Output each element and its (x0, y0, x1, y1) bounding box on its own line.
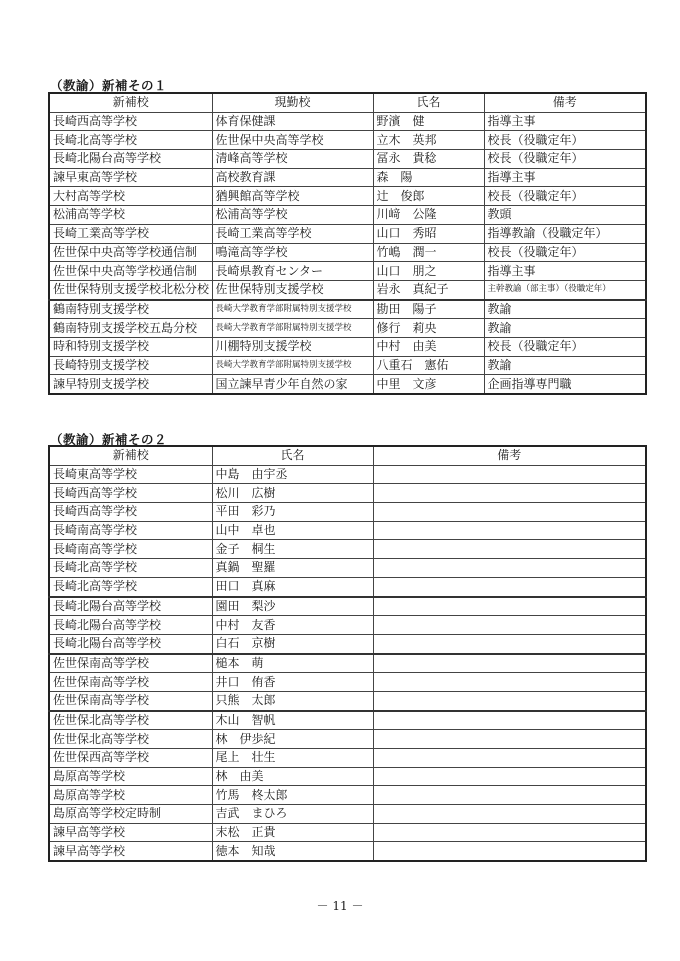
table-row: 長崎東高等学校中島 由宇丞 (49, 465, 646, 484)
table-cell: 中村 由美 (373, 337, 484, 356)
table-cell (373, 540, 646, 559)
table-cell: 長崎県教育センター (212, 262, 373, 281)
table-cell: 指導主事 (484, 262, 646, 281)
table-cell: 長崎北高等学校 (49, 577, 212, 596)
table-cell: 末松 正貴 (212, 823, 373, 842)
table-row: 時和特別支援学校川棚特別支援学校中村 由美校長（役職定年） (49, 337, 646, 356)
table-cell: 岩永 真紀子 (373, 280, 484, 299)
table-cell (373, 654, 646, 673)
table-cell: 山口 朋之 (373, 262, 484, 281)
table-cell: 長崎大学教育学部附属特別支援学校 (212, 356, 373, 375)
table-row: 長崎北陽台高等学校白石 京樹 (49, 634, 646, 653)
table-cell: 校長（役職定年） (484, 150, 646, 169)
table-cell: 長崎西高等学校 (49, 484, 212, 503)
table-row: 長崎南高等学校山中 卓也 (49, 521, 646, 540)
table-row: 大村高等学校猶興館高等学校辻 俊郎校長（役職定年） (49, 187, 646, 206)
table-row: 長崎西高等学校体育保健課野濱 健指導主事 (49, 112, 646, 131)
table-cell: 川棚特別支援学校 (212, 337, 373, 356)
table-cell: 鶴南特別支援学校五島分校 (49, 319, 212, 338)
table-cell: 長崎南高等学校 (49, 521, 212, 540)
table-cell (373, 503, 646, 522)
table-row: 長崎北陽台高等学校清峰高等学校冨永 貴稔校長（役職定年） (49, 150, 646, 169)
table-cell: 諫早高等学校 (49, 823, 212, 842)
table-cell (373, 634, 646, 653)
column-header: 新補校 (49, 93, 212, 112)
table-cell: 修行 莉央 (373, 319, 484, 338)
table-cell: 長崎東高等学校 (49, 465, 212, 484)
table-row: 松浦高等学校松浦高等学校川﨑 公隆教頭 (49, 206, 646, 225)
column-header: 新補校 (49, 446, 212, 465)
table-new-assignment-2: 新補校氏名備考 長崎東高等学校中島 由宇丞長崎西高等学校松川 広樹長崎西高等学校… (48, 445, 647, 862)
table-cell: 長崎北陽台高等学校 (49, 597, 212, 616)
table-cell: 中村 友香 (212, 616, 373, 635)
table-cell: 吉武 まひろ (212, 805, 373, 824)
table-row: 諫早高等学校末松 正貴 (49, 823, 646, 842)
table-cell: 鳴滝高等学校 (212, 243, 373, 262)
table-cell (373, 577, 646, 596)
table-cell: 長崎工業高等学校 (49, 224, 212, 243)
table-cell: 佐世保北高等学校 (49, 711, 212, 730)
table-row: 佐世保特別支援学校北松分校佐世保特別支援学校岩永 真紀子主幹教諭（部主事）（役職… (49, 280, 646, 299)
table-cell (373, 786, 646, 805)
table-cell: 竹馬 柊太郎 (212, 786, 373, 805)
table-cell: 勘田 陽子 (373, 300, 484, 319)
table-row: 諫早特別支援学校国立諫早青少年自然の家中里 文彦企画指導専門職 (49, 375, 646, 394)
table-cell: 体育保健課 (212, 112, 373, 131)
table-cell: 八重石 憲佑 (373, 356, 484, 375)
table-cell: 辻 俊郎 (373, 187, 484, 206)
table-cell (373, 749, 646, 768)
table-header-row: 新補校氏名備考 (49, 446, 646, 465)
table-row: 鶴南特別支援学校五島分校長崎大学教育学部附属特別支援学校修行 莉央教諭 (49, 319, 646, 338)
table-row: 島原高等学校定時制吉武 まひろ (49, 805, 646, 824)
table-cell: 佐世保中央高等学校通信制 (49, 262, 212, 281)
table-new-assignment-1: 新補校現勤校氏名備考 長崎西高等学校体育保健課野濱 健指導主事長崎北高等学校佐世… (48, 92, 647, 395)
table-cell: 長崎北高等学校 (49, 131, 212, 150)
table-cell: 校長（役職定年） (484, 243, 646, 262)
table-row: 鶴南特別支援学校長崎大学教育学部附属特別支援学校勘田 陽子教諭 (49, 300, 646, 319)
table-cell: 島原高等学校 (49, 767, 212, 786)
table-cell: 徳本 知哉 (212, 842, 373, 861)
table-cell: 佐世保南高等学校 (49, 673, 212, 692)
table-cell: 時和特別支援学校 (49, 337, 212, 356)
table-cell: 井口 侑香 (212, 673, 373, 692)
table-row: 佐世保西高等学校尾上 壮生 (49, 749, 646, 768)
table-cell: 教諭 (484, 356, 646, 375)
table-row: 長崎南高等学校金子 桐生 (49, 540, 646, 559)
column-header: 氏名 (373, 93, 484, 112)
table-row: 長崎北陽台高等学校中村 友香 (49, 616, 646, 635)
table-cell: 長崎特別支援学校 (49, 356, 212, 375)
table-row: 長崎特別支援学校長崎大学教育学部附属特別支援学校八重石 憲佑教諭 (49, 356, 646, 375)
table-cell: 諫早東高等学校 (49, 168, 212, 187)
column-header: 備考 (373, 446, 646, 465)
table-cell: 佐世保中央高等学校通信制 (49, 243, 212, 262)
table-cell: 島原高等学校 (49, 786, 212, 805)
table-cell: 佐世保北高等学校 (49, 730, 212, 749)
table-row: 佐世保北高等学校林 伊歩紀 (49, 730, 646, 749)
table-cell: 林 伊歩紀 (212, 730, 373, 749)
table-cell (373, 767, 646, 786)
table-cell: 企画指導専門職 (484, 375, 646, 394)
table-cell: 教諭 (484, 319, 646, 338)
table-cell (373, 711, 646, 730)
table-cell: 松川 広樹 (212, 484, 373, 503)
table-cell: 竹嶋 潤一 (373, 243, 484, 262)
table-cell: 中里 文彦 (373, 375, 484, 394)
table-cell: 林 由美 (212, 767, 373, 786)
table-cell (373, 805, 646, 824)
table-cell: 田口 真麻 (212, 577, 373, 596)
table-cell: 佐世保西高等学校 (49, 749, 212, 768)
table-cell: 真鍋 聖羅 (212, 559, 373, 578)
table-header-row: 新補校現勤校氏名備考 (49, 93, 646, 112)
table-cell (373, 521, 646, 540)
table-cell: 長崎北陽台高等学校 (49, 634, 212, 653)
table-cell: 高校教育課 (212, 168, 373, 187)
table-cell (373, 597, 646, 616)
table-cell: 長崎南高等学校 (49, 540, 212, 559)
table-cell: 長崎北陽台高等学校 (49, 616, 212, 635)
column-header: 備考 (484, 93, 646, 112)
table-cell: 校長（役職定年） (484, 187, 646, 206)
table-cell: 山中 卓也 (212, 521, 373, 540)
page-number: － 11 － (0, 897, 680, 914)
column-header: 現勤校 (212, 93, 373, 112)
table-row: 佐世保中央高等学校通信制長崎県教育センター山口 朋之指導主事 (49, 262, 646, 281)
table-cell (373, 616, 646, 635)
table-row: 佐世保南高等学校井口 侑香 (49, 673, 646, 692)
table-cell: 教諭 (484, 300, 646, 319)
table-row: 佐世保南高等学校只熊 太郎 (49, 691, 646, 710)
table-cell: 長崎北高等学校 (49, 559, 212, 578)
column-header: 氏名 (212, 446, 373, 465)
table-cell: 尾上 壮生 (212, 749, 373, 768)
table-cell (373, 823, 646, 842)
table-cell: 木山 智帆 (212, 711, 373, 730)
table-cell: 白石 京樹 (212, 634, 373, 653)
table-cell: 諫早高等学校 (49, 842, 212, 861)
table-cell: 教頭 (484, 206, 646, 225)
table-cell: 校長（役職定年） (484, 337, 646, 356)
table-row: 佐世保中央高等学校通信制鳴滝高等学校竹嶋 潤一校長（役職定年） (49, 243, 646, 262)
table-row: 長崎工業高等学校長崎工業高等学校山口 秀昭指導教諭（役職定年） (49, 224, 646, 243)
table-cell: 指導教諭（役職定年） (484, 224, 646, 243)
table-row: 長崎西高等学校平田 彩乃 (49, 503, 646, 522)
table-cell: 佐世保南高等学校 (49, 691, 212, 710)
table-cell: 長崎北陽台高等学校 (49, 150, 212, 169)
table-cell: 指導主事 (484, 112, 646, 131)
table-cell: 長崎大学教育学部附属特別支援学校 (212, 300, 373, 319)
table-cell: 長崎西高等学校 (49, 112, 212, 131)
table-row: 島原高等学校竹馬 柊太郎 (49, 786, 646, 805)
table-cell: 長崎大学教育学部附属特別支援学校 (212, 319, 373, 338)
table-cell: 佐世保中央高等学校 (212, 131, 373, 150)
table-cell: 清峰高等学校 (212, 150, 373, 169)
table-cell: 猶興館高等学校 (212, 187, 373, 206)
table-cell (373, 730, 646, 749)
table-cell (373, 673, 646, 692)
table-cell: 園田 梨沙 (212, 597, 373, 616)
table-cell (373, 842, 646, 861)
table-cell (373, 691, 646, 710)
table-cell: 山口 秀昭 (373, 224, 484, 243)
table-cell: 大村高等学校 (49, 187, 212, 206)
table-row: 長崎西高等学校松川 広樹 (49, 484, 646, 503)
table-cell: 長崎西高等学校 (49, 503, 212, 522)
table-cell: 野濱 健 (373, 112, 484, 131)
table-row: 長崎北高等学校佐世保中央高等学校立木 英邦校長（役職定年） (49, 131, 646, 150)
table-cell: 佐世保南高等学校 (49, 654, 212, 673)
table-cell: 松浦高等学校 (49, 206, 212, 225)
table-cell: 佐世保特別支援学校 (212, 280, 373, 299)
table-cell: 中島 由宇丞 (212, 465, 373, 484)
table-cell: 冨永 貴稔 (373, 150, 484, 169)
table-row: 諫早東高等学校高校教育課森 陽指導主事 (49, 168, 646, 187)
table-cell: 川﨑 公隆 (373, 206, 484, 225)
table-cell: 島原高等学校定時制 (49, 805, 212, 824)
table-cell: 松浦高等学校 (212, 206, 373, 225)
table-row: 長崎北高等学校田口 真麻 (49, 577, 646, 596)
table-row: 佐世保南高等学校槌本 萌 (49, 654, 646, 673)
table-cell (373, 484, 646, 503)
table-row: 長崎北高等学校真鍋 聖羅 (49, 559, 646, 578)
table-cell (373, 559, 646, 578)
table-cell: 諫早特別支援学校 (49, 375, 212, 394)
table-row: 佐世保北高等学校木山 智帆 (49, 711, 646, 730)
table-cell: 主幹教諭（部主事）（役職定年） (484, 280, 646, 299)
table-cell (373, 465, 646, 484)
table-row: 諫早高等学校徳本 知哉 (49, 842, 646, 861)
table-cell: 只熊 太郎 (212, 691, 373, 710)
table-cell: 森 陽 (373, 168, 484, 187)
table-row: 長崎北陽台高等学校園田 梨沙 (49, 597, 646, 616)
table-cell: 指導主事 (484, 168, 646, 187)
table-cell: 校長（役職定年） (484, 131, 646, 150)
table-cell: 立木 英邦 (373, 131, 484, 150)
table-cell: 国立諫早青少年自然の家 (212, 375, 373, 394)
table-cell: 槌本 萌 (212, 654, 373, 673)
table-row: 島原高等学校林 由美 (49, 767, 646, 786)
table-cell: 佐世保特別支援学校北松分校 (49, 280, 212, 299)
table-cell: 鶴南特別支援学校 (49, 300, 212, 319)
table-cell: 金子 桐生 (212, 540, 373, 559)
table-cell: 平田 彩乃 (212, 503, 373, 522)
table-cell: 長崎工業高等学校 (212, 224, 373, 243)
